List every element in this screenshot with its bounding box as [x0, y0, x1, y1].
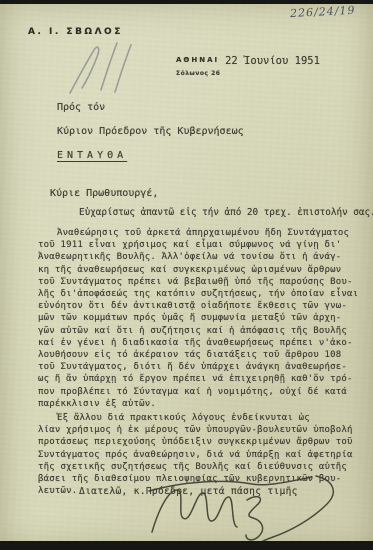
text-line: λίαν χρήσιμος ἡ ἐκ μέρους τῶν ὑπουργῶν-β… — [38, 424, 356, 436]
scanned-letter-page: 226/24/19 Α. Ι. ΣΒΩΛΟΣ ΑΘΗΝΑΙ22 Ἰουνίου … — [0, 0, 373, 550]
text-line: λουθήσουν εἰς τό ἀκέραιον τάς διατάξεις … — [38, 349, 356, 361]
text-line: λῆς δι'ἀποφάσεώς της κατόπιν συζητήσεως,… — [38, 288, 356, 300]
text-line: τῆς σχετικῆς συζητήσεως τῆς Βουλῆς καί δ… — [38, 461, 356, 473]
text-line: κη τῆς ἀναθεωρήσεως καί συγκεκριμένως ὡρ… — [38, 264, 356, 276]
text-line: τοῦ 1911 εἶναι χρήσιμος καί εἶμαι σύμφων… — [38, 239, 356, 251]
text-line: ως ἤ ἄν ὑπάρχῃ τό ἔργον πρέπει νά ἐπιχει… — [38, 373, 356, 385]
text-line: τοῦ Συντάγματος πρέπει νά βεβαιωθῇ ὑπό τ… — [38, 276, 356, 288]
text-line: Ἀναθεωρητικῆς Βουλῆς. Ἀλλ'ὀφείλω νά τονί… — [38, 251, 356, 263]
recipient-line-2: Κύριον Πρόεδρον τῆς Κυβερνήσεως — [57, 126, 244, 137]
text-line: Ἐξ ἄλλου διά πρακτικούς λόγους ἐνδείκνυτ… — [38, 412, 356, 424]
paragraph-2: Ἐξ ἄλλου διά πρακτικούς λόγους ἐνδείκνυτ… — [38, 412, 356, 497]
text-line: προτάσεως περιεχούσης ὑπόδειξιν συγκεκρι… — [38, 436, 356, 448]
recipient-line-1: Πρός τόν — [57, 102, 244, 113]
text-line: Ἀναθεώρησις τοῦ ἀρκετά ἀπηρχαιωμένου ἤδη… — [38, 227, 356, 239]
text-line: βάσει τῆς διαθεσίμου πλειοψηφίας τῶν κυβ… — [38, 473, 356, 485]
salutation: Κύριε Πρωθυπουργέ, — [50, 188, 158, 199]
closing-formula: Διατελῶ, κ.Πρόεδρε, μετά πάσης τιμῆς — [79, 486, 298, 497]
text-line: Συντάγματος πρός ἀναθεώρησιν, διά νά ὑπά… — [38, 449, 356, 461]
letter-body: Ἀναθεώρησις τοῦ ἀρκετά ἀπηρχαιωμένου ἤδη… — [38, 227, 356, 497]
text-line: καί ἐν γένει ἡ διαδικασία τῆς ἀναθεωρήσε… — [38, 337, 356, 349]
text-line: τοῦ Συντάγματος, διότι ἤ δέν ὑπάρχει ἀνά… — [38, 361, 356, 373]
letterhead-sender-name: Α. Ι. ΣΒΩΛΟΣ — [28, 27, 123, 37]
archival-reference-number: 226/24/19 — [290, 3, 371, 20]
recipient-entautha: ΕΝΤΑΥΘΑ — [57, 150, 244, 161]
text-line: γῶν αὐτῶν καί ὅτι ἡ συζήτησις καί ἡ ἀπόφ… — [38, 325, 356, 337]
text-line: παρέκκλισιν ἐξ αὐτῶν. — [38, 398, 356, 410]
opening-sentence: Εὐχαρίστως ἀπαντῶ εἰς τήν ἀπό 20 τρεχ. ἐ… — [79, 207, 373, 218]
place-date-block: ΑΘΗΝΑΙ22 Ἰουνίου 1951 Σόλωνος 26 — [176, 49, 320, 77]
letter-date: 22 Ἰουνίου 1951 — [225, 55, 320, 67]
scan-edge-bottom — [0, 541, 373, 550]
text-line: εὐνόητον ὅτι δέν ἀντικαθιστᾷ οἱαδήποτε ἔ… — [38, 300, 356, 312]
text-line: μῶν τῶν κομμάτων πρός ὑμᾶς ἤ συμφωνία με… — [38, 312, 356, 324]
scan-edge-top — [0, 0, 373, 4]
paragraph-1: Ἀναθεώρησις τοῦ ἀρκετά ἀπηρχαιωμένου ἤδη… — [38, 227, 356, 410]
letterhead-city: ΑΘΗΝΑΙ — [176, 56, 219, 64]
text-line: πον προβλέπει τό Σύνταγμα καί ἡ νομιμότη… — [38, 386, 356, 398]
recipient-block: Πρός τόν Κύριον Πρόεδρον τῆς Κυβερνήσεως… — [57, 102, 244, 174]
letterhead-street-address: Σόλωνος 26 — [176, 70, 320, 77]
